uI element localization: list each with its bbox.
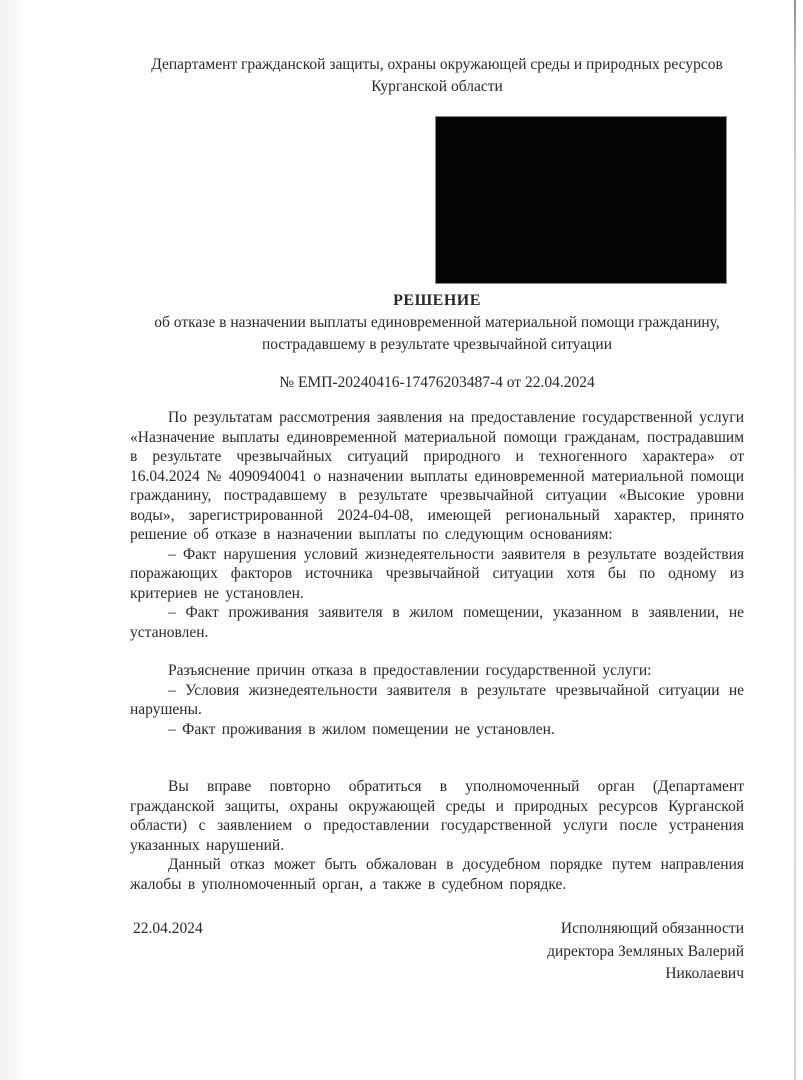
- document-body: По результатам рассмотрения заявления на…: [130, 408, 744, 894]
- page-right-seam-line: [794, 0, 796, 1080]
- organization-name-line-2: Курганской области: [130, 76, 744, 98]
- paragraph-reason-living-conditions: – Факт нарушения условий жизнедеятельнос…: [130, 545, 744, 604]
- document-title: РЕШЕНИЕ: [130, 290, 744, 312]
- paragraph-clarification-residence: – Факт проживания в жилом помещении не у…: [130, 720, 744, 740]
- document-number: № ЕМП-20240416-17476203487-4 от 22.04.20…: [130, 372, 744, 394]
- paragraph-reapply-notice: Вы вправе повторно обратиться в уполномо…: [130, 777, 744, 855]
- document-date: 22.04.2024: [130, 918, 203, 940]
- paragraph-clarification-conditions: – Условия жизнедеятельности заявителя в …: [130, 681, 744, 720]
- page-left-edge-shadow: [0, 0, 22, 1080]
- paragraph-review-result: По результатам рассмотрения заявления на…: [130, 408, 744, 545]
- signatory-position-line: Исполняющий обязанности: [512, 918, 744, 941]
- document-footer: 22.04.2024 Исполняющий обязанности дирек…: [130, 918, 744, 986]
- paragraph-clarification-heading: Разъяснение причин отказа в предоставлен…: [130, 661, 744, 681]
- signatory-patronymic-line: Николаевич: [512, 963, 744, 986]
- paragraph-appeal-notice: Данный отказ может быть обжалован в досу…: [130, 855, 744, 894]
- paragraph-reason-residence: – Факт проживания заявителя в жилом поме…: [130, 603, 744, 642]
- signature-block: Исполняющий обязанности директора Землян…: [512, 918, 744, 986]
- redacted-region: [435, 116, 727, 284]
- signatory-name-line: директора Земляных Валерий: [512, 941, 744, 964]
- document-page: Департамент гражданской защиты, охраны о…: [0, 0, 803, 1080]
- document-subtitle-line-2: пострадавшему в результате чрезвычайной …: [130, 334, 744, 356]
- organization-name-line-1: Департамент гражданской защиты, охраны о…: [130, 54, 744, 76]
- document-content: Департамент гражданской защиты, охраны о…: [130, 54, 744, 986]
- document-subtitle-line-1: об отказе в назначении выплаты единоврем…: [130, 312, 744, 334]
